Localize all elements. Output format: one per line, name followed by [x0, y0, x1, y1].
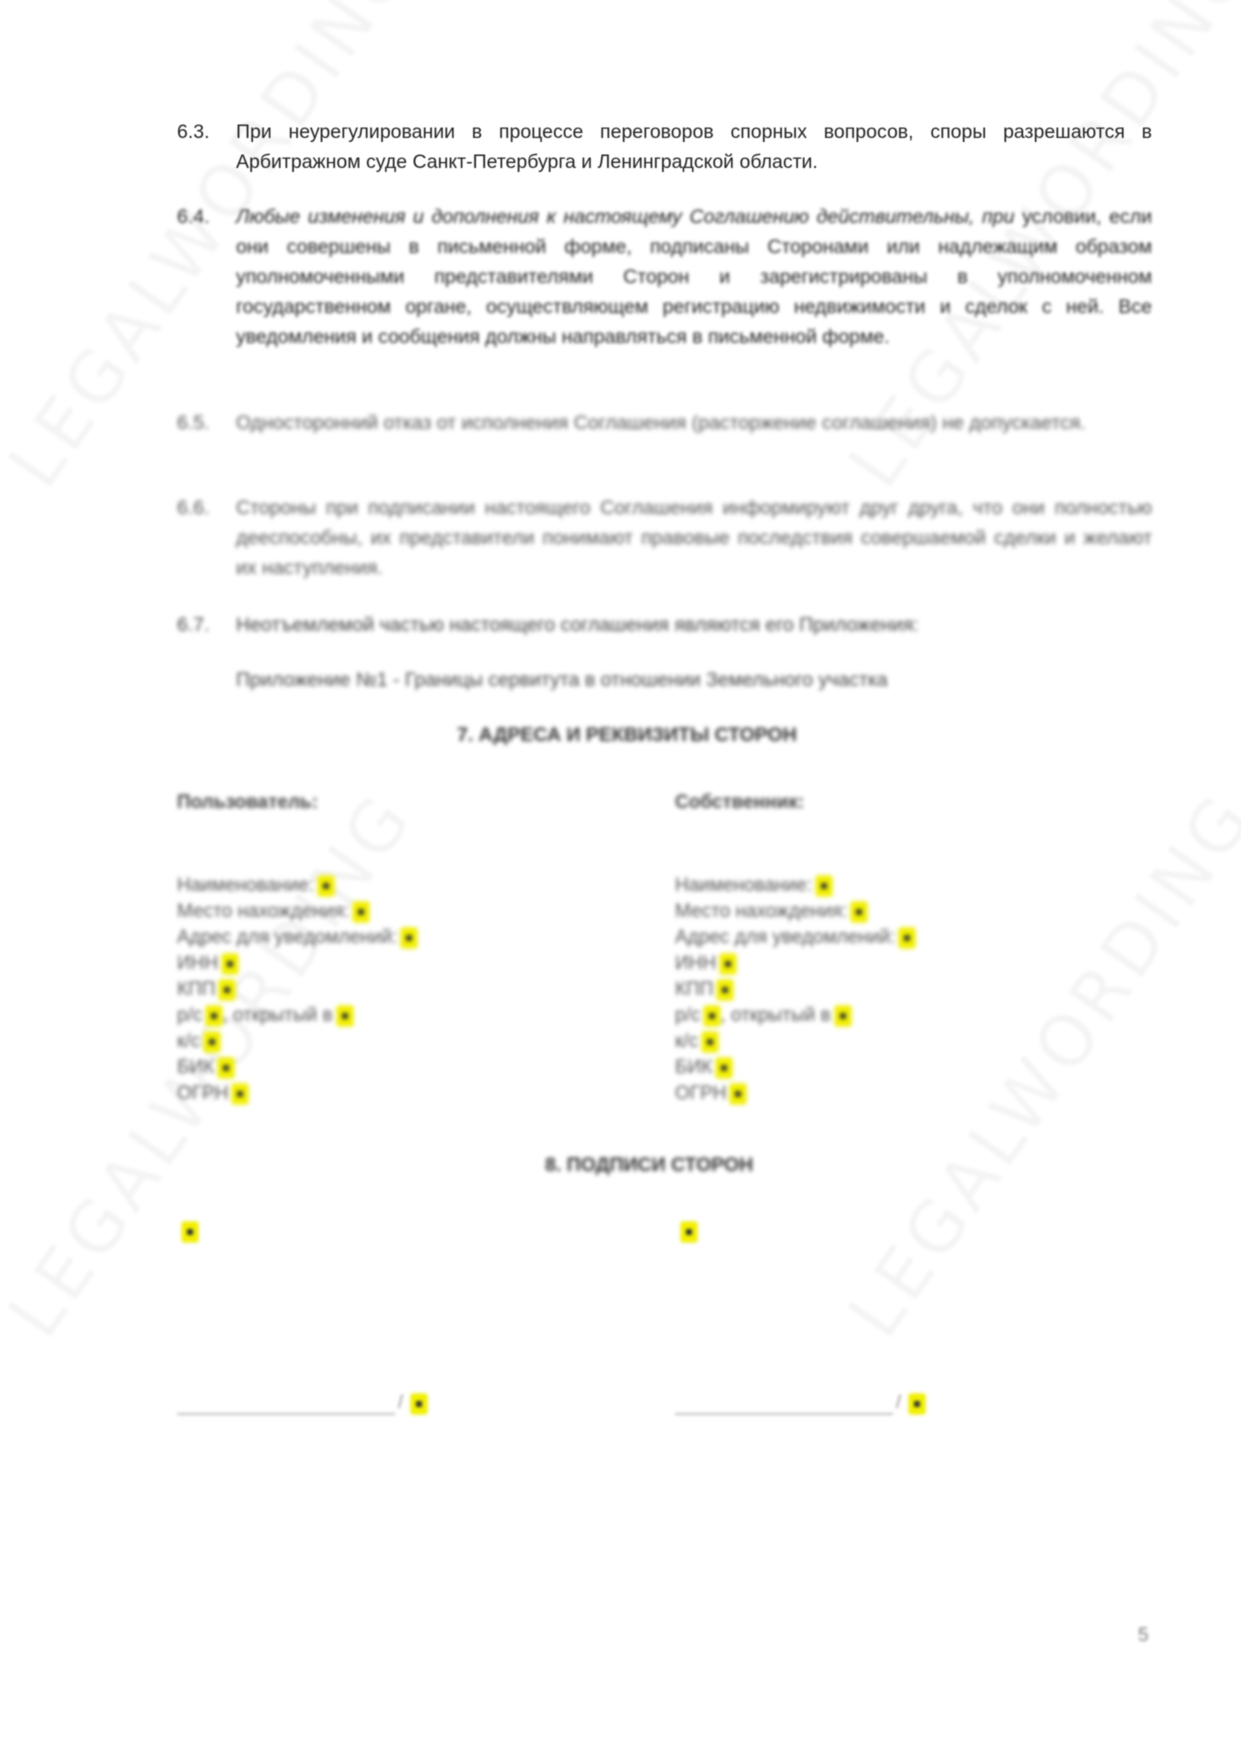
detail-row: ОГРН	[177, 1081, 417, 1107]
clause-number: 6.4.	[177, 202, 232, 232]
detail-label: р/с	[177, 1005, 202, 1026]
detail-row: БИК	[675, 1055, 915, 1081]
clause-text: Стороны при подписании настоящего Соглаш…	[236, 493, 1152, 583]
detail-row: БИК	[177, 1055, 417, 1081]
detail-label: Наименование:	[675, 875, 812, 896]
detail-row: КПП	[675, 977, 915, 1003]
detail-row: р/с, открытый в	[177, 1003, 417, 1029]
field-placeholder	[222, 954, 238, 974]
detail-row: Место нахождения:	[675, 899, 915, 925]
field-placeholder	[720, 954, 736, 974]
detail-row: ОГРН	[675, 1081, 915, 1107]
field-placeholder	[816, 876, 832, 896]
detail-row: Наименование:	[177, 873, 417, 899]
clause-6-3: 6.3. При неурегулировании в процессе пер…	[177, 117, 1152, 177]
detail-label: ОГРН	[177, 1083, 228, 1104]
detail-label: Место нахождения:	[177, 901, 349, 922]
detail-label: КПП	[177, 979, 215, 1000]
signature-name-placeholder-user	[411, 1394, 427, 1414]
party-title: Собственник:	[675, 788, 1135, 818]
party-details: Наименование:Место нахождения:Адрес для …	[675, 873, 915, 1107]
signature-line-owner	[675, 1413, 893, 1415]
clause-6-5: 6.5. Односторонний отказ от исполнения С…	[177, 408, 1152, 438]
field-placeholder	[730, 1084, 746, 1104]
page-number: 5	[1138, 1625, 1149, 1647]
clause-number: 6.7.	[177, 610, 232, 640]
clause-6-6: 6.6. Стороны при подписании настоящего С…	[177, 493, 1152, 583]
detail-row: к/с	[675, 1029, 915, 1055]
detail-label: ИНН	[177, 953, 218, 974]
detail-suffix: , открытый в	[720, 1005, 830, 1026]
signature-slash: /	[398, 1392, 403, 1413]
detail-label: БИК	[177, 1057, 214, 1078]
signature-name-placeholder-owner	[909, 1394, 925, 1414]
detail-row: к/с	[177, 1029, 417, 1055]
detail-suffix: , открытый в	[222, 1005, 332, 1026]
field-placeholder	[704, 1006, 720, 1026]
field-placeholder	[851, 902, 867, 922]
field-placeholder	[318, 876, 334, 896]
clause-6-4: 6.4. Любые изменения и дополнения к наст…	[177, 202, 1152, 352]
field-placeholder	[218, 1058, 234, 1078]
detail-label: р/с	[675, 1005, 700, 1026]
clause-text: Неотъемлемой частью настоящего соглашени…	[236, 610, 1152, 640]
field-placeholder	[702, 1032, 718, 1052]
detail-row: Адрес для уведомлений:	[177, 925, 417, 951]
clause-text: При неурегулировании в процессе перегово…	[236, 117, 1152, 177]
field-placeholder	[716, 1058, 732, 1078]
detail-row: Адрес для уведомлений:	[675, 925, 915, 951]
detail-label: Адрес для уведомлений:	[675, 927, 895, 948]
clause-lead: Любые изменения и дополнения к настоящем…	[236, 206, 1014, 228]
detail-row: Наименование:	[675, 873, 915, 899]
field-placeholder	[337, 1006, 353, 1026]
clause-text: Односторонний отказ от исполнения Соглаш…	[236, 408, 1152, 438]
detail-row: ИНН	[177, 951, 417, 977]
field-placeholder	[204, 1032, 220, 1052]
clause-6-7: 6.7. Неотъемлемой частью настоящего согл…	[177, 610, 1152, 640]
clause-text: Любые изменения и дополнения к настоящем…	[236, 202, 1152, 352]
detail-label: БИК	[675, 1057, 712, 1078]
field-placeholder	[835, 1006, 851, 1026]
detail-row: ИНН	[675, 951, 915, 977]
field-placeholder	[401, 928, 417, 948]
field-placeholder	[717, 980, 733, 1000]
clause-number: 6.3.	[177, 117, 232, 147]
party-details: Наименование:Место нахождения:Адрес для …	[177, 873, 417, 1107]
detail-label: КПП	[675, 979, 713, 1000]
detail-label: ОГРН	[675, 1083, 726, 1104]
field-placeholder	[353, 902, 369, 922]
appendix-line: Приложение №1 - Границы сервитута в отно…	[236, 665, 888, 695]
field-placeholder	[219, 980, 235, 1000]
clause-number: 6.6.	[177, 493, 232, 523]
signature-slash: /	[896, 1392, 901, 1413]
detail-label: Место нахождения:	[675, 901, 847, 922]
detail-label: Адрес для уведомлений:	[177, 927, 397, 948]
detail-label: к/с	[675, 1031, 698, 1052]
party-user: Пользователь: Наименование:Место нахожде…	[177, 788, 637, 818]
clause-number: 6.5.	[177, 408, 232, 438]
signature-line-user	[177, 1413, 395, 1415]
section-7-heading: 7. АДРЕСА И РЕКВИЗИТЫ СТОРОН	[457, 720, 797, 750]
detail-row: Место нахождения:	[177, 899, 417, 925]
signatory-placeholder-owner	[681, 1222, 697, 1242]
detail-row: КПП	[177, 977, 417, 1003]
detail-row: р/с, открытый в	[675, 1003, 915, 1029]
signatory-placeholder-user	[182, 1222, 198, 1242]
detail-label: ИНН	[675, 953, 716, 974]
document-page: LEGALWORDING LEGALWORDING LEGALWORDING L…	[0, 0, 1241, 1754]
section-8-heading: 8. ПОДПИСИ СТОРОН	[545, 1150, 753, 1180]
party-title: Пользователь:	[177, 788, 637, 818]
field-placeholder	[206, 1006, 222, 1026]
field-placeholder	[899, 928, 915, 948]
detail-label: Наименование:	[177, 875, 314, 896]
detail-label: к/с	[177, 1031, 200, 1052]
party-owner: Собственник: Наименование:Место нахожден…	[675, 788, 1135, 818]
field-placeholder	[232, 1084, 248, 1104]
